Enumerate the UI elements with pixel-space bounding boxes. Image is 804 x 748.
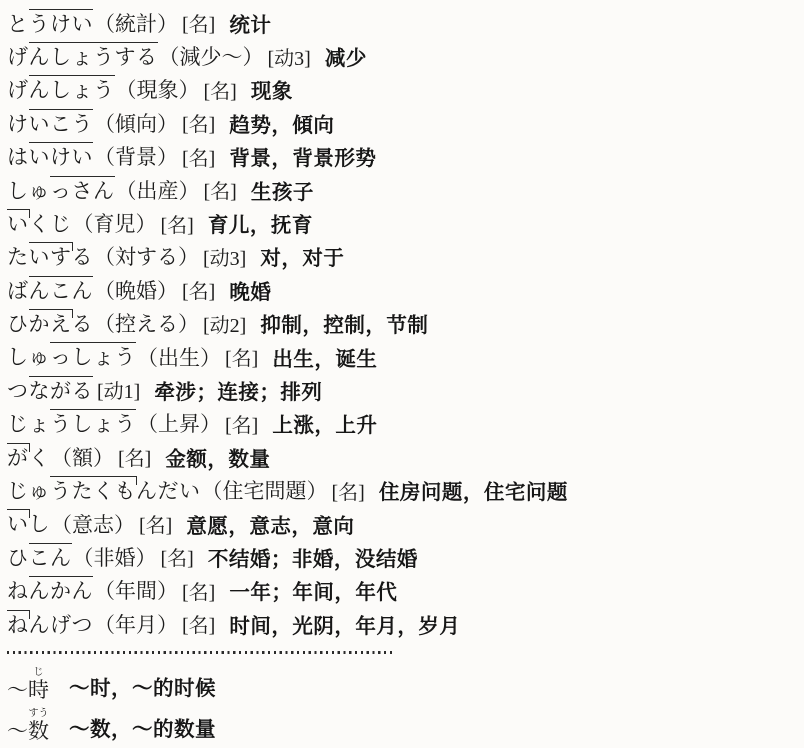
kana-segment: く xyxy=(29,444,51,471)
kana-word: しゅっしょう xyxy=(7,342,136,370)
kana-word: とうけい xyxy=(7,9,93,37)
kanji-reading: （住宅問題） xyxy=(202,475,328,505)
kana-segment: る xyxy=(72,243,94,270)
kana-word: じゅうたくもんだい xyxy=(7,476,201,504)
kana-segment: は xyxy=(7,143,29,170)
kana-word: たいする xyxy=(7,242,93,270)
cn-translation: 出生，诞生 xyxy=(272,342,377,372)
vocab-entry: しゅっしょう（出生）[名]出生，诞生 xyxy=(7,340,804,373)
kana-word: がく xyxy=(7,443,50,471)
pos-tag: [名] xyxy=(182,142,215,171)
kanji-reading: （育児） xyxy=(73,208,157,238)
suffix-entry: ～すう数～数，～的数量 xyxy=(7,705,804,746)
vocab-entry: つながる[动1]牵涉；连接；排列 xyxy=(7,373,804,406)
kana-segment: が xyxy=(7,443,29,471)
kana-segment: げ xyxy=(7,76,29,103)
kana-segment: いす xyxy=(29,242,72,270)
kana-segment: かえ xyxy=(29,309,72,337)
vocab-entry: しゅっさん（出産）[名]生孩子 xyxy=(7,173,804,206)
pos-tag: [名] xyxy=(204,175,237,204)
kana-word: はいけい xyxy=(7,142,93,170)
vocab-entry: ひかえる（控える）[动2]抑制，控制，节制 xyxy=(7,307,804,340)
kana-word: ひかえる xyxy=(7,309,93,337)
suffix-entry: ～じ時～时，～的时候 xyxy=(7,664,804,705)
cn-translation: ～数，～的数量 xyxy=(69,712,216,743)
pos-tag: [名] xyxy=(182,576,215,605)
vocab-entry: とうけい（統計）[名]统计 xyxy=(7,6,804,39)
vocab-entry: いし（意志）[名]意愿，意志，意向 xyxy=(7,507,804,540)
kana-segment: うたくも xyxy=(50,476,136,504)
kana-segment: こん xyxy=(29,543,72,571)
kana-word: いし xyxy=(7,509,50,537)
kanji-reading: （額） xyxy=(51,442,114,472)
kana-segment: じゅ xyxy=(7,477,50,504)
kana-segment: た xyxy=(7,243,29,270)
vocab-entry: げんしょう（現象）[名]现象 xyxy=(7,73,804,106)
cn-translation: 减少 xyxy=(325,41,367,71)
kana-segment: んしょう xyxy=(29,75,115,103)
cn-translation: 一年；年间，年代 xyxy=(229,575,397,605)
kanji-reading: （傾向） xyxy=(94,108,178,138)
kana-segment: ひ xyxy=(7,544,29,571)
kana-segment: ば xyxy=(7,277,29,304)
pos-tag: [名] xyxy=(139,509,172,538)
kanji-reading: （背景） xyxy=(94,141,178,171)
kana-segment: っしょう xyxy=(50,342,136,370)
pos-tag: [名] xyxy=(161,542,194,571)
kana-segment: うしょう xyxy=(50,409,136,437)
kana-word: ねんげつ xyxy=(7,610,93,638)
cn-translation: 统计 xyxy=(229,8,271,38)
kana-word: つながる xyxy=(7,376,93,404)
vocab-entry: たいする（対する）[动3]对，对于 xyxy=(7,240,804,273)
kana-segment: じょ xyxy=(7,410,50,437)
vocab-entry: じゅうたくもんだい（住宅問題）[名]住房问题，住宅问题 xyxy=(7,473,804,506)
cn-translation: 不结婚；非婚，没结婚 xyxy=(208,542,418,572)
pos-tag: [动3] xyxy=(268,42,311,71)
kana-segment: ながる xyxy=(29,376,94,404)
pos-tag: [名] xyxy=(204,75,237,104)
kana-word: げんしょうする xyxy=(7,42,158,70)
tilde-mark: ～ xyxy=(7,679,28,702)
kana-segment: い xyxy=(7,209,29,237)
cn-translation: 趋势，傾向 xyxy=(229,108,334,138)
suffix-kanji: 時 xyxy=(28,679,49,702)
kana-segment: と xyxy=(7,10,29,37)
pos-tag: [名] xyxy=(182,108,215,137)
kana-segment: んしょうする xyxy=(29,42,158,70)
vocab-list: とうけい（統計）[名]统计げんしょうする（減少～）[动3]减少げんしょう（現象）… xyxy=(7,6,804,640)
kanji-reading: （非婚） xyxy=(73,542,157,572)
cn-translation: 育儿，抚育 xyxy=(208,208,313,238)
kana-segment: んこん xyxy=(29,276,94,304)
kana-word: じょうしょう xyxy=(7,409,136,437)
kanji-reading: （意志） xyxy=(51,509,135,539)
vocab-entry: じょうしょう（上昇）[名]上涨，上升 xyxy=(7,407,804,440)
kana-word: げんしょう xyxy=(7,75,115,103)
kana-segment: し xyxy=(29,510,51,537)
vocab-entry: がく（額）[名]金额，数量 xyxy=(7,440,804,473)
ruby-stack: じ時 xyxy=(28,668,49,702)
kana-word: しゅっさん xyxy=(7,176,115,204)
kana-segment: うけい xyxy=(29,9,94,37)
cn-translation: 金额，数量 xyxy=(165,442,270,472)
tilde-mark: ～ xyxy=(7,720,28,743)
kana-segment: ね xyxy=(7,577,29,604)
cn-translation: 现象 xyxy=(251,74,293,104)
vocabulary-page: とうけい（統計）[名]统计げんしょうする（減少～）[动3]减少げんしょう（現象）… xyxy=(0,0,804,748)
cn-translation: 生孩子 xyxy=(251,175,314,205)
kana-segment: げ xyxy=(7,43,29,70)
cn-translation: 意愿，意志，意向 xyxy=(186,509,354,539)
pos-tag: [名] xyxy=(225,409,258,438)
kana-word: ねんかん xyxy=(7,576,93,604)
pos-tag: [名] xyxy=(332,476,365,505)
vocab-entry: けいこう（傾向）[名]趋势，傾向 xyxy=(7,106,804,139)
vocab-entry: ばんこん（晩婚）[名]晚婚 xyxy=(7,273,804,306)
cn-translation: 牵涉；连接；排列 xyxy=(154,375,322,405)
cn-translation: 晚婚 xyxy=(229,275,271,305)
vocab-entry: いくじ（育児）[名]育儿，抚育 xyxy=(7,206,804,239)
ruby-stack: すう数 xyxy=(28,709,49,743)
suffix-list: ～じ時～时，～的时候～すう数～数，～的数量 xyxy=(7,664,804,746)
vocab-entry: ねんかん（年間）[名]一年；年间，年代 xyxy=(7,574,804,607)
pos-tag: [动1] xyxy=(97,375,140,404)
pos-tag: [名] xyxy=(182,275,215,304)
kana-segment: っさん xyxy=(50,176,115,204)
pos-tag: [名] xyxy=(161,209,194,238)
vocab-entry: げんしょうする（減少～）[动3]减少 xyxy=(7,39,804,72)
cn-translation: 时间，光阴，年月，岁月 xyxy=(229,609,460,639)
kanji-reading: （晩婚） xyxy=(94,275,178,305)
pos-tag: [动3] xyxy=(203,242,246,271)
vocab-entry: はいけい（背景）[名]背景，背景形势 xyxy=(7,140,804,173)
kana-segment: んだい xyxy=(136,477,201,504)
kana-segment: いこう xyxy=(29,109,94,137)
kana-segment: しゅ xyxy=(7,177,50,204)
kana-segment: いけい xyxy=(29,142,94,170)
pos-tag: [名] xyxy=(182,609,215,638)
kana-segment: んげつ xyxy=(29,611,94,638)
suffix-kanji: 数 xyxy=(28,720,49,743)
pos-tag: [名] xyxy=(225,342,258,371)
kana-segment: ね xyxy=(7,610,29,638)
kana-segment: る xyxy=(72,310,94,337)
kana-word: いくじ xyxy=(7,209,72,237)
kana-segment: しゅ xyxy=(7,343,50,370)
cn-translation: 抑制，控制，节制 xyxy=(260,308,428,338)
kanji-reading: （年月） xyxy=(94,609,178,639)
section-divider-row xyxy=(7,640,804,664)
kana-segment: け xyxy=(7,110,29,137)
kana-segment: くじ xyxy=(29,210,72,237)
cn-translation: ～时，～的时候 xyxy=(69,671,216,702)
kana-segment: い xyxy=(7,509,29,537)
cn-translation: 住房问题，住宅问题 xyxy=(379,475,568,505)
kana-segment: んかん xyxy=(29,576,94,604)
pos-tag: [动2] xyxy=(203,309,246,338)
kanji-reading: （出生） xyxy=(137,342,221,372)
cn-translation: 背景，背景形势 xyxy=(229,141,376,171)
pos-tag: [名] xyxy=(182,8,215,37)
cn-translation: 上涨，上升 xyxy=(272,408,377,438)
kana-word: ばんこん xyxy=(7,276,93,304)
vocab-entry: ひこん（非婚）[名]不结婚；非婚，没结婚 xyxy=(7,540,804,573)
vocab-entry: ねんげつ（年月）[名]时间，光阴，年月，岁月 xyxy=(7,607,804,640)
kana-segment: ひ xyxy=(7,310,29,337)
kanji-reading: （対する） xyxy=(94,241,199,271)
kana-word: けいこう xyxy=(7,109,93,137)
kanji-reading: （控える） xyxy=(94,308,199,338)
pos-tag: [名] xyxy=(118,442,151,471)
kanji-reading: （減少～） xyxy=(159,41,264,71)
kanji-reading: （統計） xyxy=(94,8,178,38)
kanji-reading: （現象） xyxy=(116,74,200,104)
kanji-reading: （出産） xyxy=(116,175,200,205)
kanji-reading: （上昇） xyxy=(137,408,221,438)
dotted-divider xyxy=(7,651,395,654)
cn-translation: 对，对于 xyxy=(260,241,344,271)
kanji-reading: （年間） xyxy=(94,575,178,605)
kana-segment: つ xyxy=(7,377,29,404)
kana-word: ひこん xyxy=(7,543,72,571)
